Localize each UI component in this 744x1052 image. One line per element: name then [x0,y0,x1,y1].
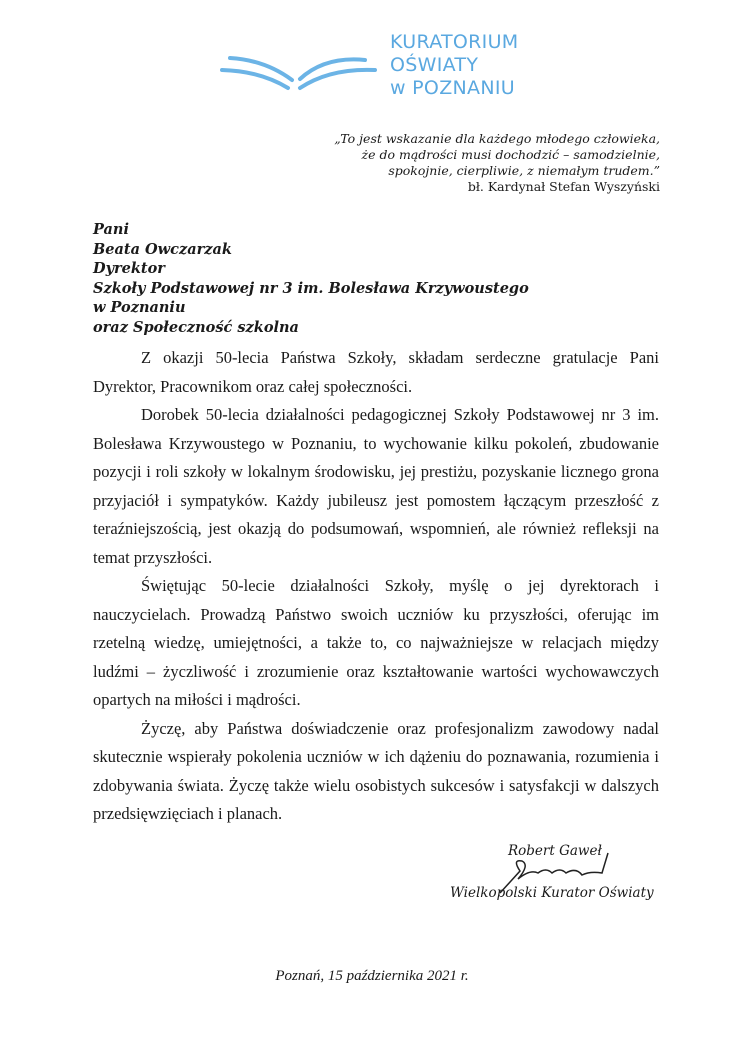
addressee-line: Dyrektor [93,259,529,279]
letter-body: Z okazji 50-lecia Państwa Szkoły, składa… [93,344,659,829]
motto-line: „To jest wskazanie dla każdego młodego c… [334,131,660,147]
logo: KURATORIUM OŚWIATY w POZNANIU [220,28,560,118]
open-book-icon [220,46,385,96]
addressee-line: Beata Owczarzak [93,240,529,260]
motto-author: bł. Kardynał Stefan Wyszyński [334,179,660,195]
logo-line: w POZNANIU [390,77,518,100]
logo-line: KURATORIUM [390,31,518,54]
paragraph: Z okazji 50-lecia Państwa Szkoły, składa… [93,344,659,401]
addressee-block: Pani Beata Owczarzak Dyrektor Szkoły Pod… [93,220,529,337]
paragraph: Świętując 50-lecie działalności Szkoły, … [93,572,659,715]
motto-quote: „To jest wskazanie dla każdego młodego c… [334,131,660,195]
addressee-line: oraz Społeczność szkolna [93,318,529,338]
paragraph: Życzę, aby Państwa doświadczenie oraz pr… [93,715,659,829]
motto-line: spokojnie, cierpliwie, z niemałym trudem… [334,163,660,179]
motto-line: że do mądrości musi dochodzić – samodzie… [334,147,660,163]
addressee-line: w Poznaniu [93,298,529,318]
logo-text: KURATORIUM OŚWIATY w POZNANIU [390,31,518,100]
addressee-line: Pani [93,220,529,240]
signatory-title: Wielkopolski Kurator Oświaty [450,885,654,901]
logo-line: OŚWIATY [390,54,518,77]
paragraph: Dorobek 50-lecia działalności pedagogicz… [93,401,659,572]
place-date: Poznań, 15 października 2021 r. [0,968,744,985]
addressee-line: Szkoły Podstawowej nr 3 im. Bolesława Kr… [93,279,529,299]
